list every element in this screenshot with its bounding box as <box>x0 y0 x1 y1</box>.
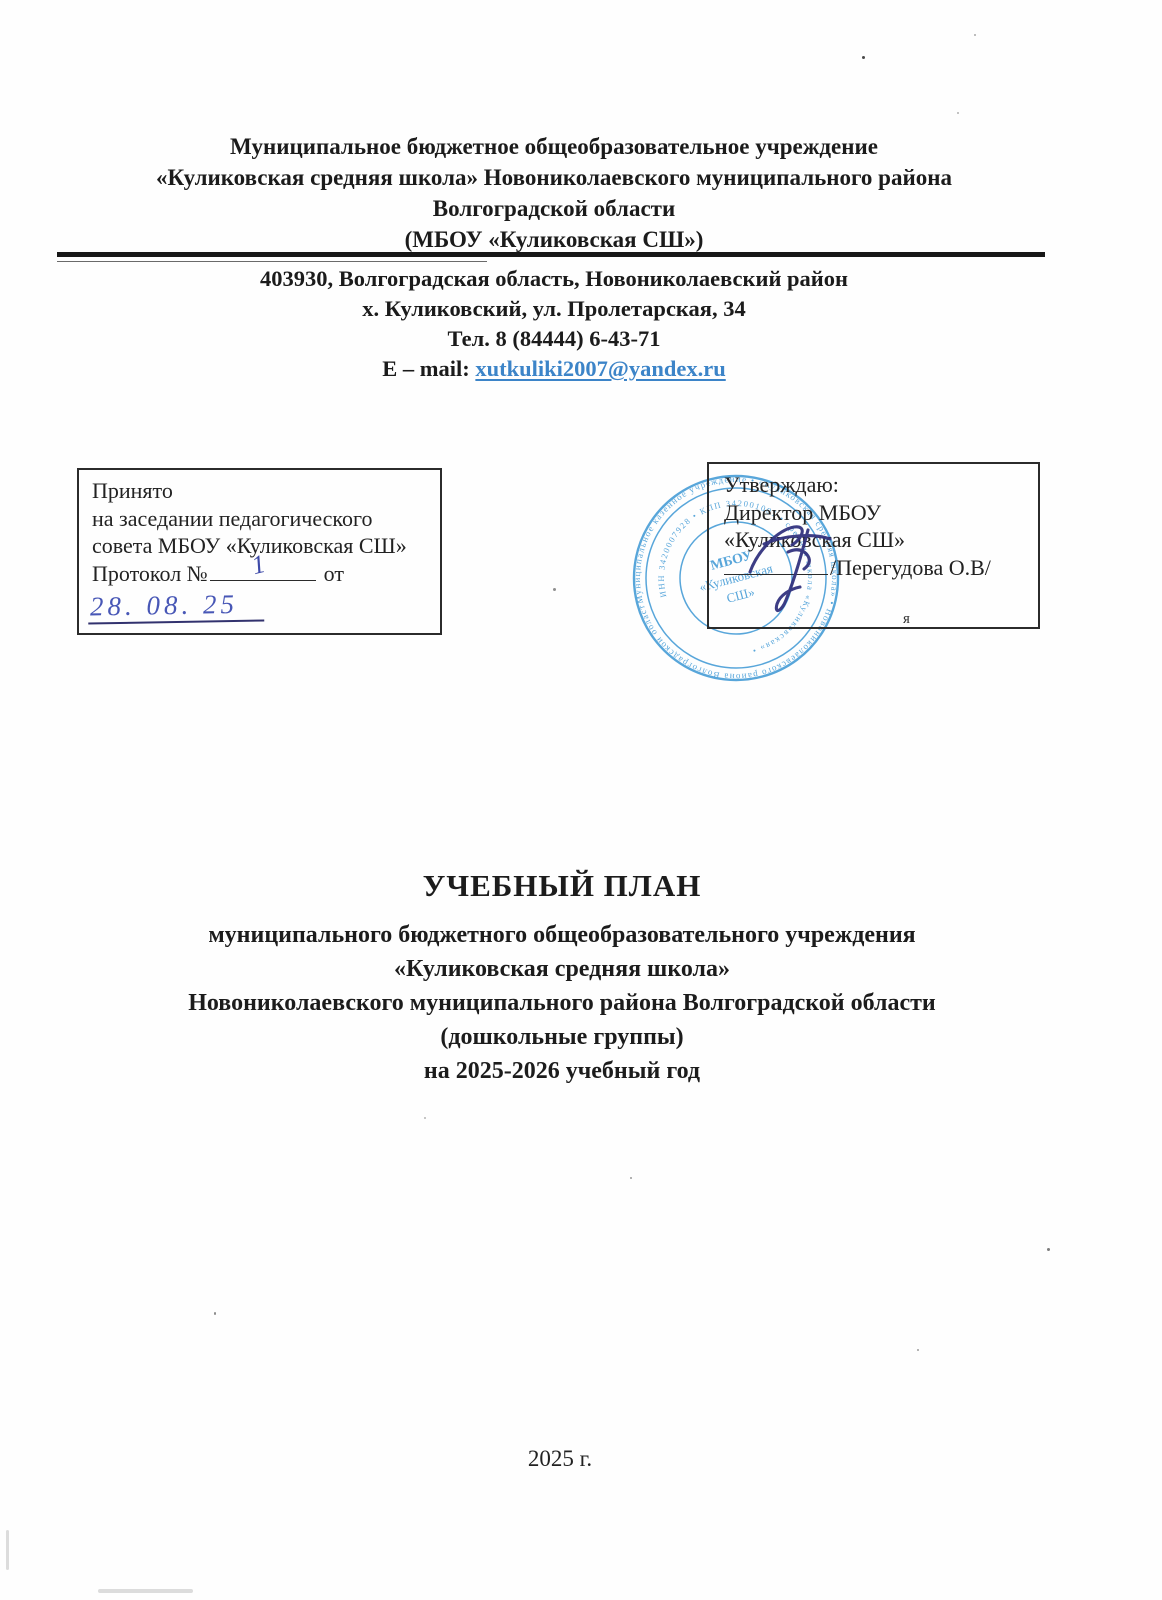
address-line: 403930, Волгоградская область, Новоникол… <box>0 264 1135 294</box>
scan-smudge <box>98 1589 193 1593</box>
title-line: «Куликовская средняя школа» <box>0 952 1143 986</box>
document-title: УЧЕБНЫЙ ПЛАН <box>0 866 1143 906</box>
scan-speck <box>862 56 865 59</box>
accepted-line: Принято <box>92 477 434 505</box>
title-line: Новониколаевского муниципального района … <box>0 986 1143 1020</box>
approved-line: Утверждаю: <box>724 471 1032 499</box>
title-block: УЧЕБНЫЙ ПЛАН муниципального бюджетного о… <box>0 866 1143 1088</box>
org-line: Муниципальное бюджетное общеобразователь… <box>0 131 1135 162</box>
protocol-from-label: от <box>324 561 344 586</box>
accepted-box: Принято на заседании педагогического сов… <box>77 468 442 635</box>
protocol-number-blank: 1 <box>210 560 316 581</box>
scan-speck <box>1047 1248 1050 1251</box>
org-line: Волгоградской области <box>0 193 1135 224</box>
address-line: х. Куликовский, ул. Пролетарская, 34 <box>0 294 1135 324</box>
phone-line: Тел. 8 (84444) 6-43-71 <box>0 324 1135 354</box>
scan-speck <box>974 34 976 36</box>
title-line: на 2025-2026 учебный год <box>0 1054 1143 1088</box>
document-page: Муниципальное бюджетное общеобразователь… <box>0 0 1162 1600</box>
header-divider-thin-line <box>57 261 487 262</box>
scan-smudge <box>6 1530 9 1570</box>
title-line: (дошкольные группы) <box>0 1020 1143 1054</box>
email-link[interactable]: xutkuliki2007@yandex.ru <box>475 356 725 381</box>
protocol-date-handwritten: 28. 08. 25 <box>88 588 265 624</box>
scan-speck <box>424 1117 426 1119</box>
protocol-label: Протокол № <box>92 561 208 586</box>
director-signature <box>738 512 868 622</box>
title-line: муниципального бюджетного общеобразовате… <box>0 918 1143 952</box>
email-line: E – mail: xutkuliki2007@yandex.ru <box>0 354 1135 384</box>
stray-character: я <box>903 606 910 634</box>
scan-speck <box>553 588 556 591</box>
footer-year: 2025 г. <box>0 1446 1141 1472</box>
accepted-line: на заседании педагогического <box>92 505 434 533</box>
scan-speck <box>630 1177 632 1179</box>
org-header: Муниципальное бюджетное общеобразователь… <box>0 131 1135 255</box>
email-label: E – mail: <box>382 356 475 381</box>
scan-speck <box>917 1349 919 1351</box>
scan-speck <box>957 112 959 114</box>
address-block: 403930, Волгоградская область, Новоникол… <box>0 264 1135 384</box>
header-divider-line <box>57 252 1045 257</box>
scan-speck <box>214 1312 216 1315</box>
org-line: (МБОУ «Куликовская СШ») <box>0 224 1135 255</box>
protocol-line: Протокол №1от <box>92 560 434 588</box>
org-line: «Куликовская средняя школа» Новониколаев… <box>0 162 1135 193</box>
